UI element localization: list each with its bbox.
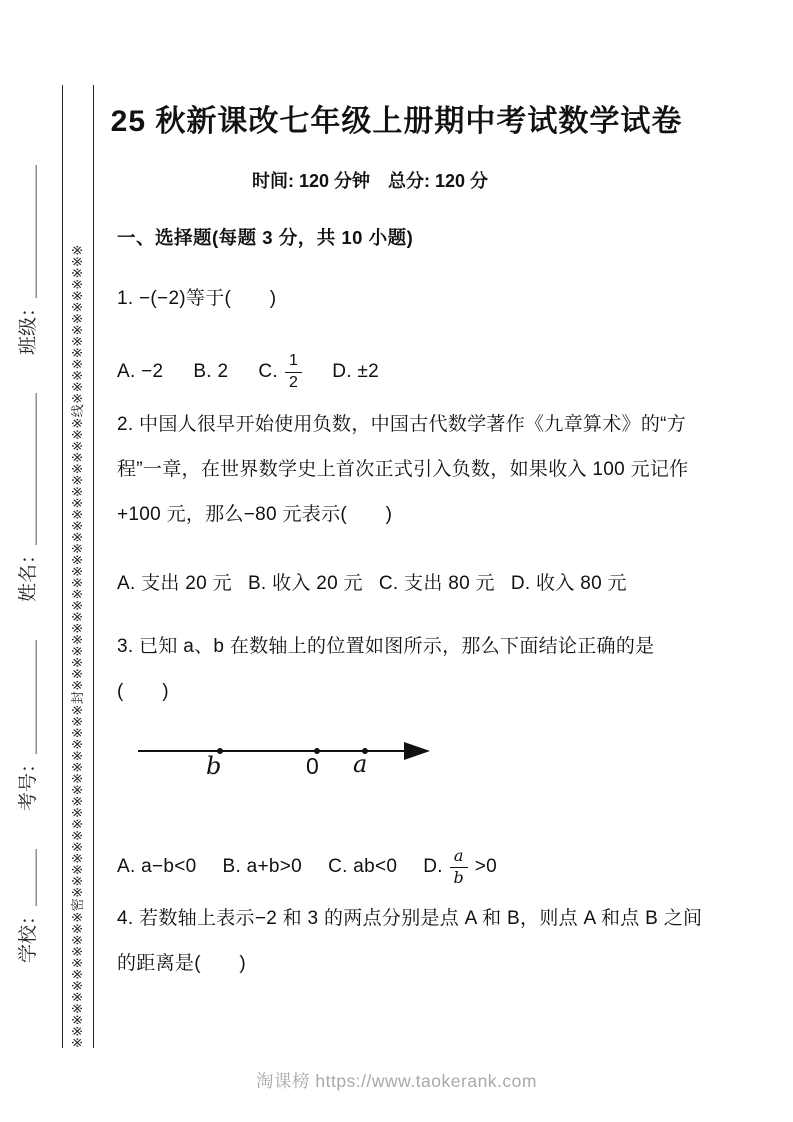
q2-option-b: B. 收入 20 元 <box>248 568 363 595</box>
fraction-one-half: 1 2 <box>285 352 302 392</box>
number-line-label-a: a <box>353 750 367 778</box>
q3-option-d: D. a b >0 <box>423 847 497 887</box>
number-line-label-zero: 0 <box>306 753 319 780</box>
question-3-options: A. a−b<0 B. a+b>0 C. ab<0 D. a b >0 <box>117 843 497 891</box>
fraction-denominator: b <box>454 868 465 887</box>
student-info-fill-line: 学校：＿＿＿ 考号：＿＿＿＿＿＿ 姓名：＿＿＿＿＿＿＿＿ 班级：＿＿＿＿＿＿＿ <box>16 165 46 963</box>
page-title: 25 秋新课改七年级上册期中考试数学试卷 <box>0 96 793 140</box>
q1-option-c-label: C. <box>258 361 278 383</box>
site-footer-watermark: 淘课榜 https://www.taokerank.com <box>0 1068 793 1093</box>
seal-line-left-border <box>62 85 63 1048</box>
q3-option-c: C. ab<0 <box>328 856 397 878</box>
q3-option-a: A. a−b<0 <box>117 856 197 878</box>
number-line-arrowhead-icon <box>404 742 430 760</box>
fraction-denominator: 2 <box>289 373 298 392</box>
question-2-options: A. 支出 20 元 B. 收入 20 元 C. 支出 80 元 D. 收入 8… <box>117 566 627 596</box>
number-line-label-b: b <box>206 752 221 780</box>
question-1-stem: 1. −(−2)等于( ) <box>117 283 276 310</box>
q1-option-a: A. −2 <box>117 361 163 383</box>
q3-option-b: B. a+b>0 <box>223 856 303 878</box>
question-2-line-3: +100 元，那么−80 元表示( ) <box>117 492 697 537</box>
seal-line-right-border <box>93 85 94 1048</box>
question-2-line-1: 2. 中国人很早开始使用负数，中国古代数学著作《九章算术》的“方 <box>117 402 697 447</box>
question-4-line-2: 的距离是( ) <box>117 941 697 986</box>
fraction-numerator: a <box>450 847 468 867</box>
question-3-stem-line-1: 3. 已知 a、b 在数轴上的位置如图所示，那么下面结论正确的是 <box>117 631 654 658</box>
question-4-stem: 4. 若数轴上表示−2 和 3 的两点分别是点 A 和 B，则点 A 和点 B … <box>117 896 697 986</box>
question-3-stem-line-2: ( ) <box>117 676 169 703</box>
q1-option-d: D. ±2 <box>332 361 379 383</box>
fraction-a-over-b: a b <box>450 847 468 887</box>
question-4-line-1: 4. 若数轴上表示−2 和 3 的两点分别是点 A 和 B，则点 A 和点 B … <box>117 896 697 941</box>
q3-option-d-label: D. <box>423 856 443 878</box>
q1-option-c: C. 1 2 <box>258 352 302 392</box>
fraction-numerator: 1 <box>285 352 302 372</box>
q1-option-b: B. 2 <box>193 361 228 383</box>
question-1-options: A. −2 B. 2 C. 1 2 D. ±2 <box>117 350 379 394</box>
q2-option-a: A. 支出 20 元 <box>117 568 232 595</box>
q3-option-d-tail: >0 <box>475 856 497 878</box>
exam-page: 学校：＿＿＿ 考号：＿＿＿＿＿＿ 姓名：＿＿＿＿＿＿＿＿ 班级：＿＿＿＿＿＿＿ … <box>0 0 793 1122</box>
section-heading-choice-questions: 一、选择题(每题 3 分，共 10 小题) <box>117 224 413 250</box>
question-2-line-2: 程”一章，在世界数学史上首次正式引入负数，如果收入 100 元记作 <box>117 447 697 492</box>
q2-option-c: C. 支出 80 元 <box>379 568 495 595</box>
question-2-stem: 2. 中国人很早开始使用负数，中国古代数学著作《九章算术》的“方 程”一章，在世… <box>117 402 697 537</box>
exam-time-score: 时间: 120 分钟 总分: 120 分 <box>0 167 740 193</box>
seal-line-text: ※※※※※※※※※※※※密※※※※※※※※※※※※※※※※※封※※※※※※※※※… <box>66 82 92 1048</box>
q2-option-d: D. 收入 80 元 <box>511 568 627 595</box>
